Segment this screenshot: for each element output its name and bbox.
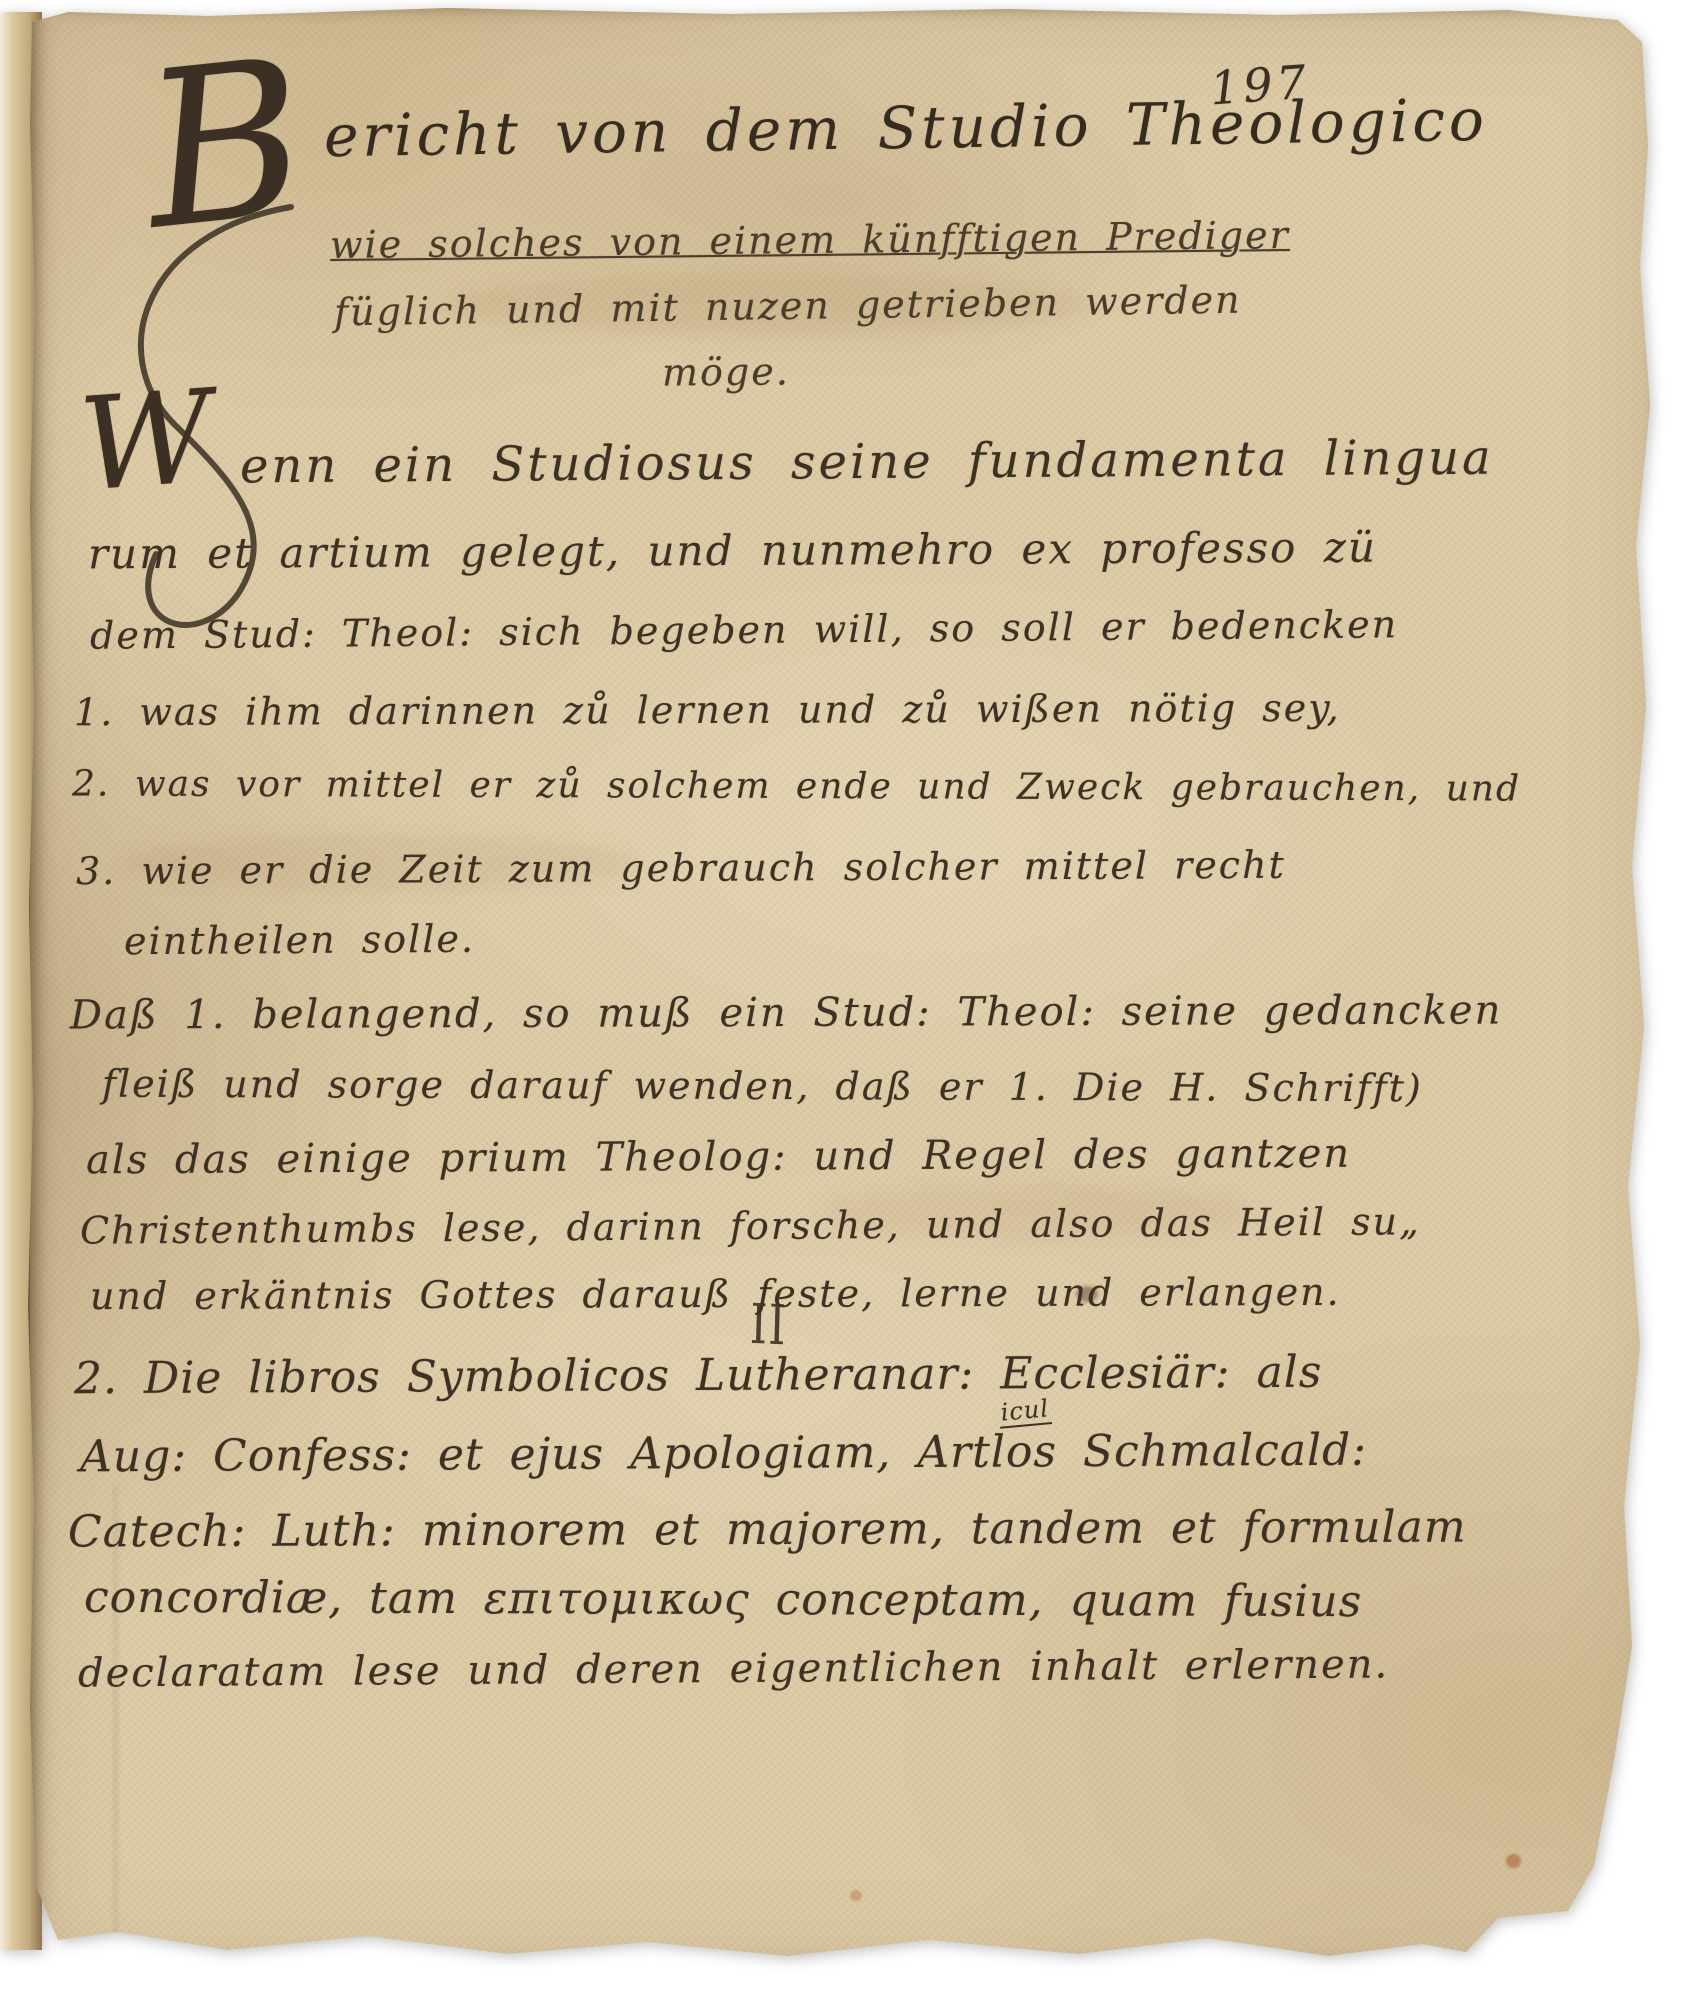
body-line: 1. was ihm darinnen zů lernen und zů wiß… xyxy=(74,686,1341,734)
body-line: als das einige prium Theolog: und Regel … xyxy=(86,1131,1351,1184)
articulos-post: Schmalcald: xyxy=(1057,1425,1367,1478)
body-line: declaratam lese und deren eigentlichen i… xyxy=(78,1641,1389,1696)
body-line: fleiß und sorge darauf wenden, daß er 1.… xyxy=(102,1062,1423,1111)
manuscript-page: 197 B ericht von dem Studio Theologico w… xyxy=(28,6,1658,1974)
subtitle-line: füglich und mit nuzen getrieben werden xyxy=(334,278,1242,335)
body-line: concordiæ, tam επιτομικως conceptam, qua… xyxy=(84,1572,1362,1627)
body-line: eintheilen solle. xyxy=(124,917,475,963)
body-line-articulos: Aug: Confess: et ejus Apologiam, Articul… xyxy=(80,1425,1367,1483)
superscript-icul: icul xyxy=(997,1394,1052,1429)
articulos-pre: Aug: Confess: et ejus Apologiam, Art xyxy=(80,1427,991,1483)
drop-cap: W xyxy=(76,374,216,511)
body-line: 2. was vor mittel er zů solchem ende und… xyxy=(72,763,1521,809)
subtitle-line: wie solches von einem künfftigen Predige… xyxy=(330,213,1290,267)
body-line: 3. wie er die Zeit zum gebrauch solcher … xyxy=(76,843,1286,893)
paper-stain xyxy=(850,1890,862,1901)
body-line: Catech: Luth: minorem et majorem, tandem… xyxy=(68,1502,1467,1558)
body-line: Christenthumbs lese, darinn forsche, und… xyxy=(80,1199,1421,1252)
subtitle-line: möge. xyxy=(662,349,790,394)
body-line: rum et artium gelegt, und nunmehro ex pr… xyxy=(88,523,1377,579)
body-line: und erkäntnis Gottes darauß feste, lerne… xyxy=(90,1270,1341,1318)
title-text: ericht von dem Studio Theologico xyxy=(324,86,1489,170)
insertion-mark: II xyxy=(749,1293,788,1358)
paper-stain xyxy=(1506,1854,1521,1868)
manuscript-scan: 197 B ericht von dem Studio Theologico w… xyxy=(0,0,1687,2000)
articulos-base: los xyxy=(991,1426,1057,1477)
body-line: Daß 1. belangend, so muß ein Stud: Theol… xyxy=(70,988,1502,1039)
body-line: 2. Die libros Symbolicos Lutheranar: Ecc… xyxy=(74,1347,1323,1405)
body-line: enn ein Studiosus seine fundamenta lingu… xyxy=(240,430,1494,495)
